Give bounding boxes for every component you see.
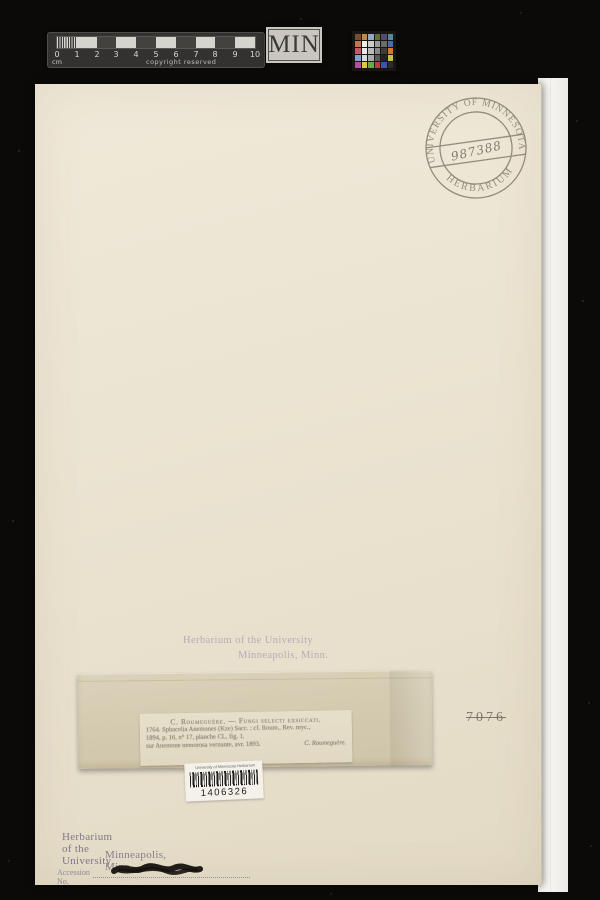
exsiccata-label-signature: C. Roumeguère.	[304, 739, 346, 748]
dust-specks	[0, 0, 2, 2]
accession-number-label: Accession No.	[57, 868, 90, 886]
color-patch	[362, 55, 368, 61]
color-patch	[362, 62, 368, 68]
scale-block	[215, 37, 235, 48]
scale-block	[77, 37, 97, 48]
color-patch	[355, 62, 361, 68]
color-patch	[368, 48, 374, 54]
color-patch	[362, 41, 368, 47]
color-patch	[381, 62, 387, 68]
color-patch	[375, 62, 381, 68]
ruler-tick-label: 3	[113, 50, 118, 59]
ruler-copyright-label: copyright reserved	[146, 58, 216, 66]
color-patch	[381, 55, 387, 61]
accession-ink-scribble	[110, 861, 205, 877]
scale-block	[136, 37, 156, 48]
color-patch	[368, 41, 374, 47]
ruler-tick-label: 1	[74, 50, 79, 59]
color-patch	[388, 34, 394, 40]
scale-block	[235, 37, 255, 48]
ruler-tick-label: 4	[133, 50, 138, 59]
herbarium-specimen-photo: 0 1 2 3 4 5 6 7 8 9 10 cm copyright rese…	[0, 0, 600, 900]
center-stamp-line2: Minneapolis, Minn.	[238, 650, 403, 661]
color-patch	[388, 55, 394, 61]
color-patch	[381, 48, 387, 54]
institution-code-label: MIN	[266, 27, 322, 63]
color-patch	[355, 34, 361, 40]
ruler-tick-label: 10	[250, 50, 260, 59]
ruler-unit-label: cm	[52, 58, 62, 66]
barcode-label: University of Minnesota Herbarium 140632…	[184, 760, 264, 801]
color-patch	[362, 34, 368, 40]
color-patch	[375, 41, 381, 47]
institution-code-box: MIN	[266, 27, 322, 63]
exsiccata-label: C. Roumeguère. — Fungi selecti exsiccati…	[140, 710, 353, 766]
color-patch	[375, 34, 381, 40]
color-patch	[355, 55, 361, 61]
color-checker-grid	[355, 34, 393, 68]
accession-number-handwritten: 987388	[450, 138, 504, 163]
color-patch	[375, 55, 381, 61]
barcode	[190, 770, 259, 788]
accession-dotted-line	[93, 877, 250, 878]
color-patch	[388, 48, 394, 54]
struck-number-stamp: 7076	[466, 710, 506, 726]
ruler-tick-label: 2	[94, 50, 99, 59]
color-patch	[355, 41, 361, 47]
center-herbarium-stamp: Herbarium of the University Minneapolis,…	[183, 635, 403, 661]
scale-block	[116, 37, 136, 48]
color-patch	[388, 41, 394, 47]
scale-bar: 0 1 2 3 4 5 6 7 8 9 10 cm copyright rese…	[48, 33, 264, 67]
color-patch	[362, 48, 368, 54]
scale-block	[97, 37, 117, 48]
color-patch	[368, 34, 374, 40]
color-patch	[388, 62, 394, 68]
center-stamp-line1: Herbarium of the University	[183, 635, 313, 646]
scale-block	[156, 37, 176, 48]
scale-block	[196, 37, 216, 48]
exsiccata-label-line3: sur Anemone nemorosa vernante, avr. 1893…	[146, 741, 261, 751]
color-patch	[355, 48, 361, 54]
color-checker	[352, 31, 396, 71]
scale-block-mm	[57, 37, 77, 48]
backing-strip	[538, 78, 568, 892]
color-patch	[368, 55, 374, 61]
scale-block	[176, 37, 196, 48]
color-patch	[381, 41, 387, 47]
color-patch	[368, 62, 374, 68]
color-patch	[381, 34, 387, 40]
barcode-number: 1406326	[188, 785, 260, 799]
specimen-sheet: UNIVERSITY OF MINNESOTA HERBARIUM 987388…	[35, 84, 542, 885]
university-round-stamp: UNIVERSITY OF MINNESOTA HERBARIUM 987388	[408, 80, 544, 216]
scale-bar-blocks	[57, 37, 255, 48]
color-patch	[375, 48, 381, 54]
ruler-tick-label: 9	[232, 50, 237, 59]
university-round-stamp-graphic: UNIVERSITY OF MINNESOTA HERBARIUM 987388	[408, 80, 544, 216]
